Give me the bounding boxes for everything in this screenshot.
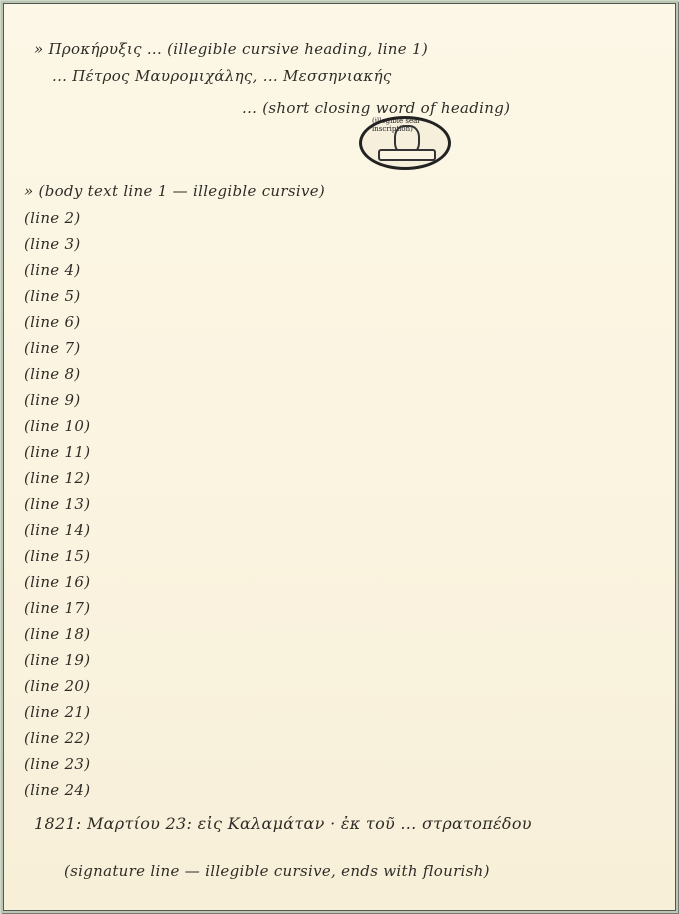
seal-ribbon [378,149,436,161]
body-line: (line 7) [24,341,657,356]
body-line: (line 5) [24,289,657,304]
body-line: (line 6) [24,315,657,330]
date-line: 1821: Μαρτίου 23: εἰς Καλαμάταν · ἐκ τοῦ… [34,816,657,832]
body-line: (line 8) [24,367,657,382]
body-line: (line 19) [24,653,657,668]
body-line: (line 3) [24,237,657,252]
body-line: (line 12) [24,471,657,486]
body-line: (line 9) [24,393,657,408]
header-line-2: ... Πέτρος Μαυρομιχάλης, ... Μεσσηνιακής [52,69,657,84]
header-line-3: ... (short closing word of heading) [242,101,657,116]
body-line: (line 13) [24,497,657,512]
header-line-1: » Προκήρυξις ... (illegible cursive head… [34,42,657,57]
body-line: (line 20) [24,679,657,694]
body-line: (line 16) [24,575,657,590]
body-line: (line 11) [24,445,657,460]
body-line: (line 2) [24,211,657,226]
manuscript-page: » Προκήρυξις ... (illegible cursive head… [4,4,675,910]
document-frame: » Προκήρυξις ... (illegible cursive head… [3,3,676,911]
body-line: » (body text line 1 — illegible cursive) [24,184,657,199]
body-line: (line 4) [24,263,657,278]
body-line: (line 22) [24,731,657,746]
body-line: (line 18) [24,627,657,642]
body-line: (line 15) [24,549,657,564]
body-line: (line 21) [24,705,657,720]
body-line: (line 10) [24,419,657,434]
signature-line: (signature line — illegible cursive, end… [64,864,657,879]
body-line: (line 14) [24,523,657,538]
body-line: (line 23) [24,757,657,772]
ink-seal: (illegible seal inscription) [359,116,451,170]
body-line: (line 24) [24,783,657,798]
body-line: (line 17) [24,601,657,616]
